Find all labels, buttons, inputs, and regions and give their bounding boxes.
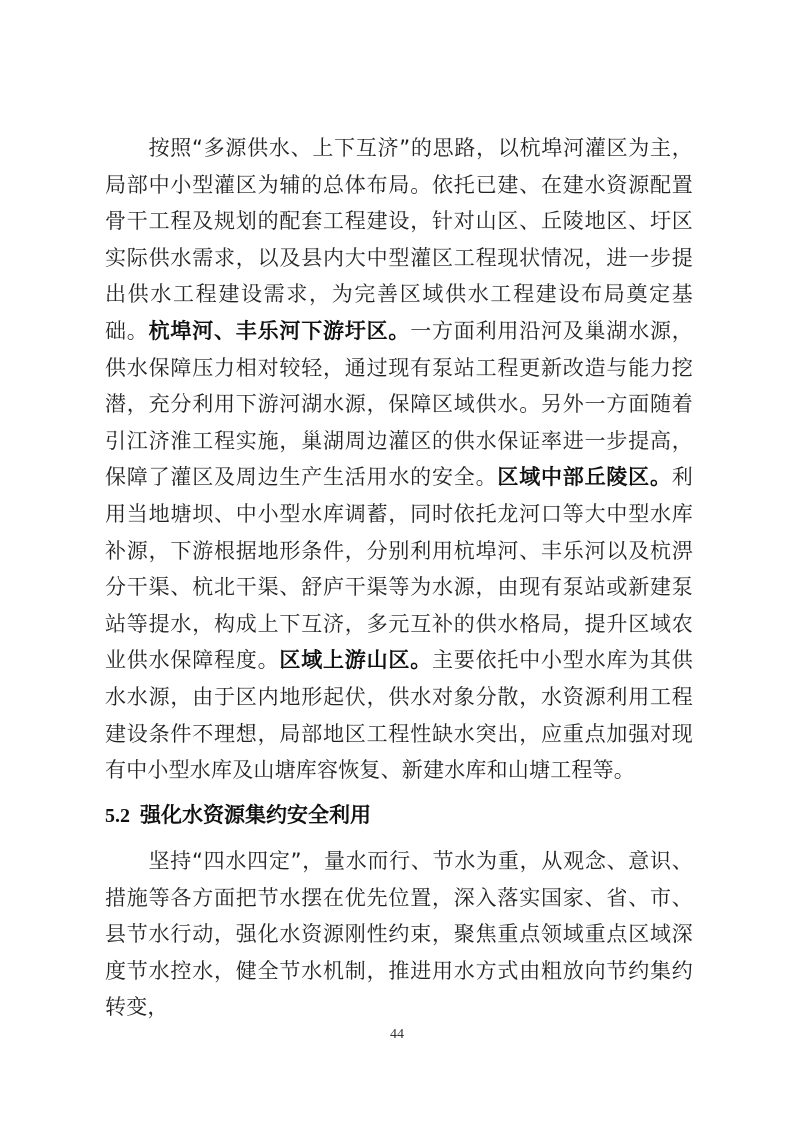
bold-subheading-upstream-mountains: 区域上游山区。 xyxy=(279,648,432,672)
page-number: 44 xyxy=(0,1027,794,1043)
text-segment: 一方面利用沿河及巢湖水源，供水保障压力相对较轻，通过现有泵站工程更新改造与能力挖… xyxy=(105,319,693,489)
bold-subheading-central-hills: 区域中部丘陵区。 xyxy=(497,465,671,489)
paragraph-water-conservation: 坚持“四水四定”，量水而行、节水为重，从观念、意识、措施等各方面把节水摆在优先位… xyxy=(105,843,693,1026)
bold-subheading-downstream-polder: 杭埠河、丰乐河下游圩区。 xyxy=(149,319,411,343)
section-heading: 5.2强化水资源集约安全利用 xyxy=(105,797,371,834)
text-segment: 利用当地塘坝、中小型水库调蓄，同时依托龙河口等大中型水库补源，下游根据地形条件，… xyxy=(105,465,693,672)
text-segment: 坚持“四水四定”，量水而行、节水为重，从观念、意识、措施等各方面把节水摆在优先位… xyxy=(105,849,693,1019)
text-segment: 按照“多源供水、上下互济”的思路，以杭埠河灌区为主，局部中小型灌区为辅的总体布局… xyxy=(105,136,693,343)
document-page: 按照“多源供水、上下互济”的思路，以杭埠河灌区为主，局部中小型灌区为辅的总体布局… xyxy=(0,0,794,1122)
section-number: 5.2 xyxy=(105,805,130,827)
section-title: 强化水资源集约安全利用 xyxy=(140,803,371,827)
paragraph-water-supply-layout: 按照“多源供水、上下互济”的思路，以杭埠河灌区为主，局部中小型灌区为辅的总体布局… xyxy=(105,130,693,789)
